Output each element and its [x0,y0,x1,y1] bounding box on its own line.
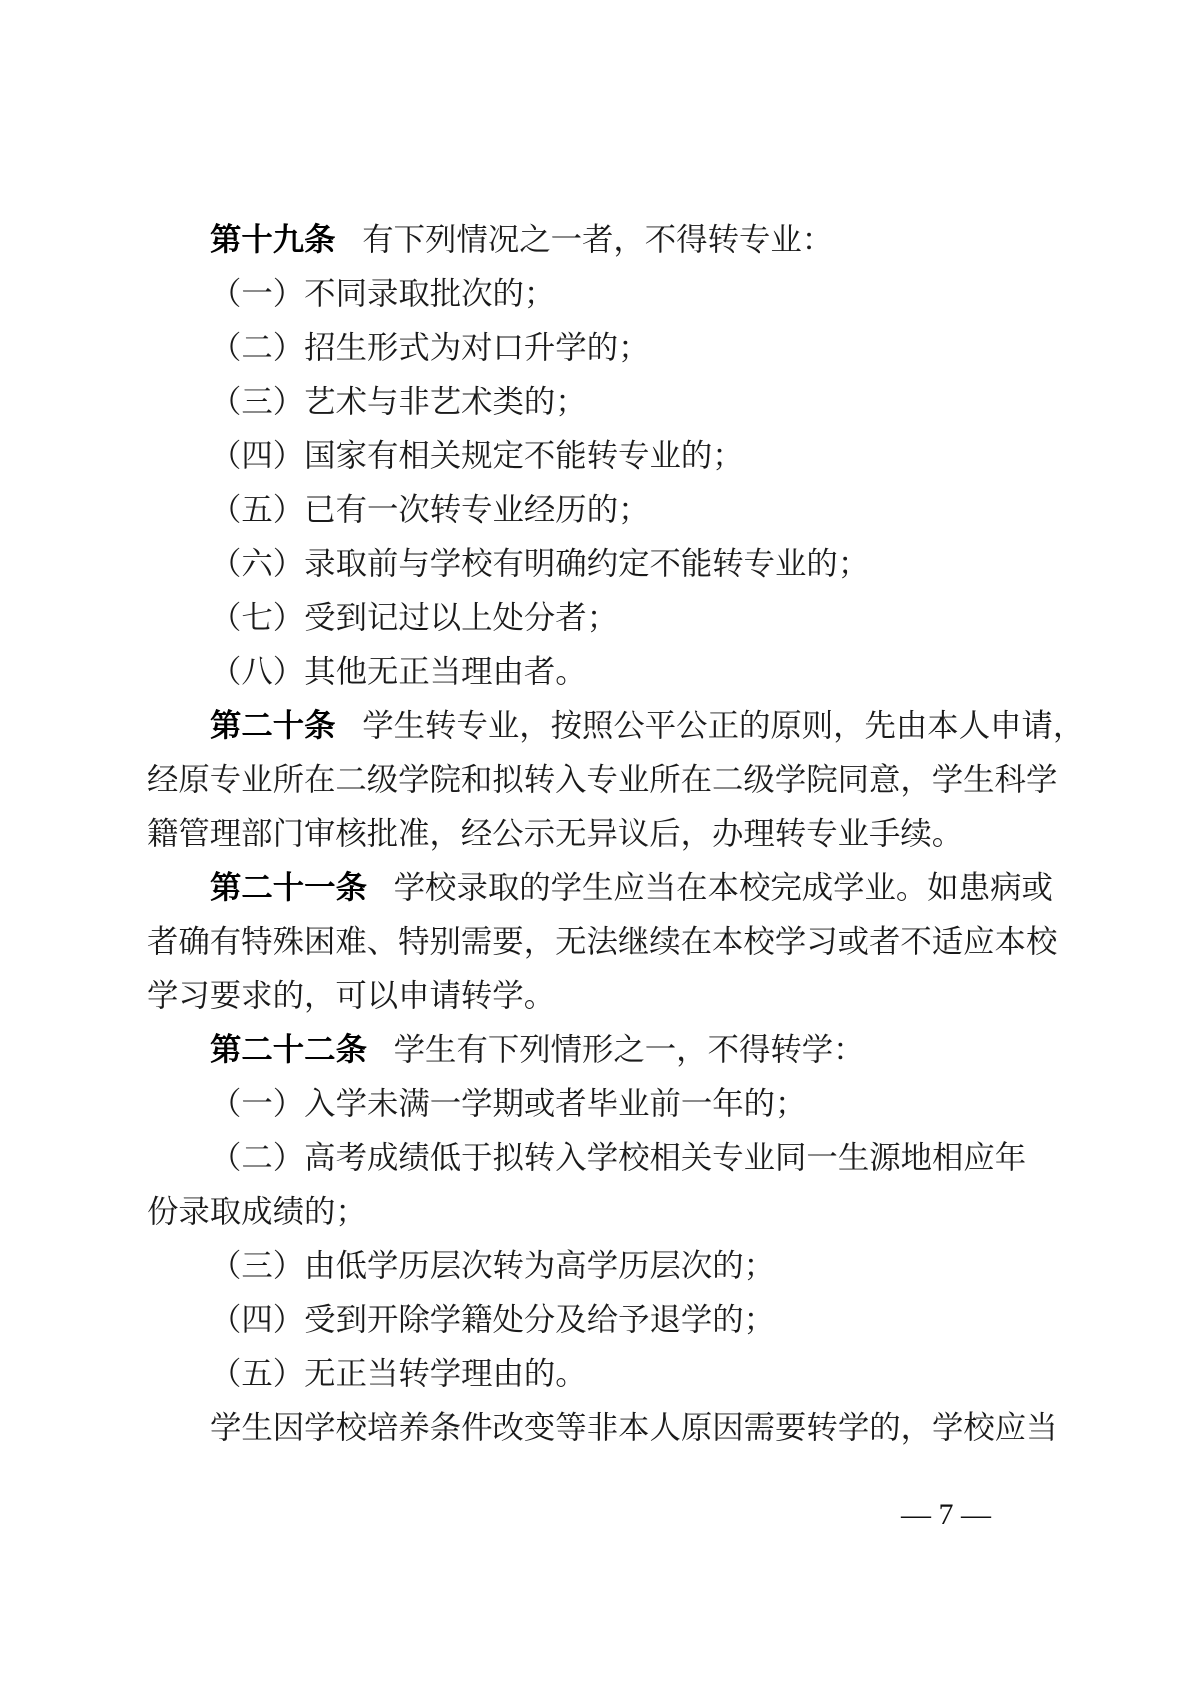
text-line: （六）录取前与学校有明确约定不能转专业的； [147,537,1059,591]
text-line: （三）艺术与非艺术类的； [147,375,1059,429]
line-text: （五）已有一次转专业经历的； [210,492,649,527]
line-text: （七）受到记过以上处分者； [210,600,618,635]
line-text: （三）艺术与非艺术类的； [210,384,587,419]
line-text: （一）入学未满一学期或者毕业前一年的； [210,1086,806,1121]
text-line: （八）其他无正当理由者。 [147,645,1059,699]
article-number: 第十九条 [210,222,336,257]
line-text: （五）无正当转学理由的。 [210,1356,587,1391]
line-text: 有下列情况之一者，不得转专业： [362,222,833,257]
line-text: 学习要求的，可以申请转学。 [147,978,555,1013]
article-number: 第二十条 [210,708,336,743]
text-line: 份录取成绩的； [147,1185,1059,1239]
line-text: 籍管理部门审核批准，经公示无异议后，办理转专业手续。 [147,816,963,851]
line-text: （二）高考成绩低于拟转入学校相关专业同一生源地相应年 [210,1140,1026,1175]
text-line: （二）高考成绩低于拟转入学校相关专业同一生源地相应年 [147,1131,1059,1185]
article-number: 第二十二条 [210,1032,367,1067]
text-line: 第二十二条学生有下列情形之一，不得转学： [147,1023,1059,1077]
line-text: （一）不同录取批次的； [210,276,555,311]
line-text: 份录取成绩的； [147,1194,367,1229]
line-text: 学生有下列情形之一，不得转学： [394,1032,865,1067]
line-text: （二）招生形式为对口升学的； [210,330,649,365]
text-line: （七）受到记过以上处分者； [147,591,1059,645]
line-text: （四）受到开除学籍处分及给予退学的； [210,1302,775,1337]
line-text: 经原专业所在二级学院和拟转入专业所在二级学院同意，学生科学 [147,762,1057,797]
line-text: 者确有特殊困难、特别需要，无法继续在本校学习或者不适应本校 [147,924,1057,959]
line-text: （六）录取前与学校有明确约定不能转专业的； [210,546,869,581]
text-line: （四）国家有相关规定不能转专业的； [147,429,1059,483]
line-text: 学生转专业，按照公平公正的原则，先由本人申请， [362,708,1084,743]
document-body: 第十九条有下列情况之一者，不得转专业： （一）不同录取批次的； （二）招生形式为… [147,213,1059,1455]
text-line: （五）无正当转学理由的。 [147,1347,1059,1401]
text-line: 第十九条有下列情况之一者，不得转专业： [147,213,1059,267]
article-number: 第二十一条 [210,870,367,905]
document-page: 第十九条有下列情况之一者，不得转专业： （一）不同录取批次的； （二）招生形式为… [0,0,1191,1684]
text-line: 第二十一条学校录取的学生应当在本校完成学业。如患病或 [147,861,1059,915]
line-text: （三）由低学历层次转为高学历层次的； [210,1248,775,1283]
text-line: 者确有特殊困难、特别需要，无法继续在本校学习或者不适应本校 [147,915,1059,969]
text-line: 籍管理部门审核批准，经公示无异议后，办理转专业手续。 [147,807,1059,861]
line-text: 学校录取的学生应当在本校完成学业。如患病或 [394,870,1053,905]
text-line: （三）由低学历层次转为高学历层次的； [147,1239,1059,1293]
text-line: （五）已有一次转专业经历的； [147,483,1059,537]
line-text: （四）国家有相关规定不能转专业的； [210,438,744,473]
page-number: — 7 — [901,1497,991,1533]
text-line: 经原专业所在二级学院和拟转入专业所在二级学院同意，学生科学 [147,753,1059,807]
text-line: 学生因学校培养条件改变等非本人原因需要转学的，学校应当 [147,1401,1059,1455]
text-line: （一）不同录取批次的； [147,267,1059,321]
text-line: （一）入学未满一学期或者毕业前一年的； [147,1077,1059,1131]
line-text: （八）其他无正当理由者。 [210,654,587,689]
text-line: 第二十条学生转专业，按照公平公正的原则，先由本人申请， [147,699,1059,753]
text-line: （二）招生形式为对口升学的； [147,321,1059,375]
text-line: 学习要求的，可以申请转学。 [147,969,1059,1023]
line-text: 学生因学校培养条件改变等非本人原因需要转学的，学校应当 [210,1410,1058,1445]
text-line: （四）受到开除学籍处分及给予退学的； [147,1293,1059,1347]
